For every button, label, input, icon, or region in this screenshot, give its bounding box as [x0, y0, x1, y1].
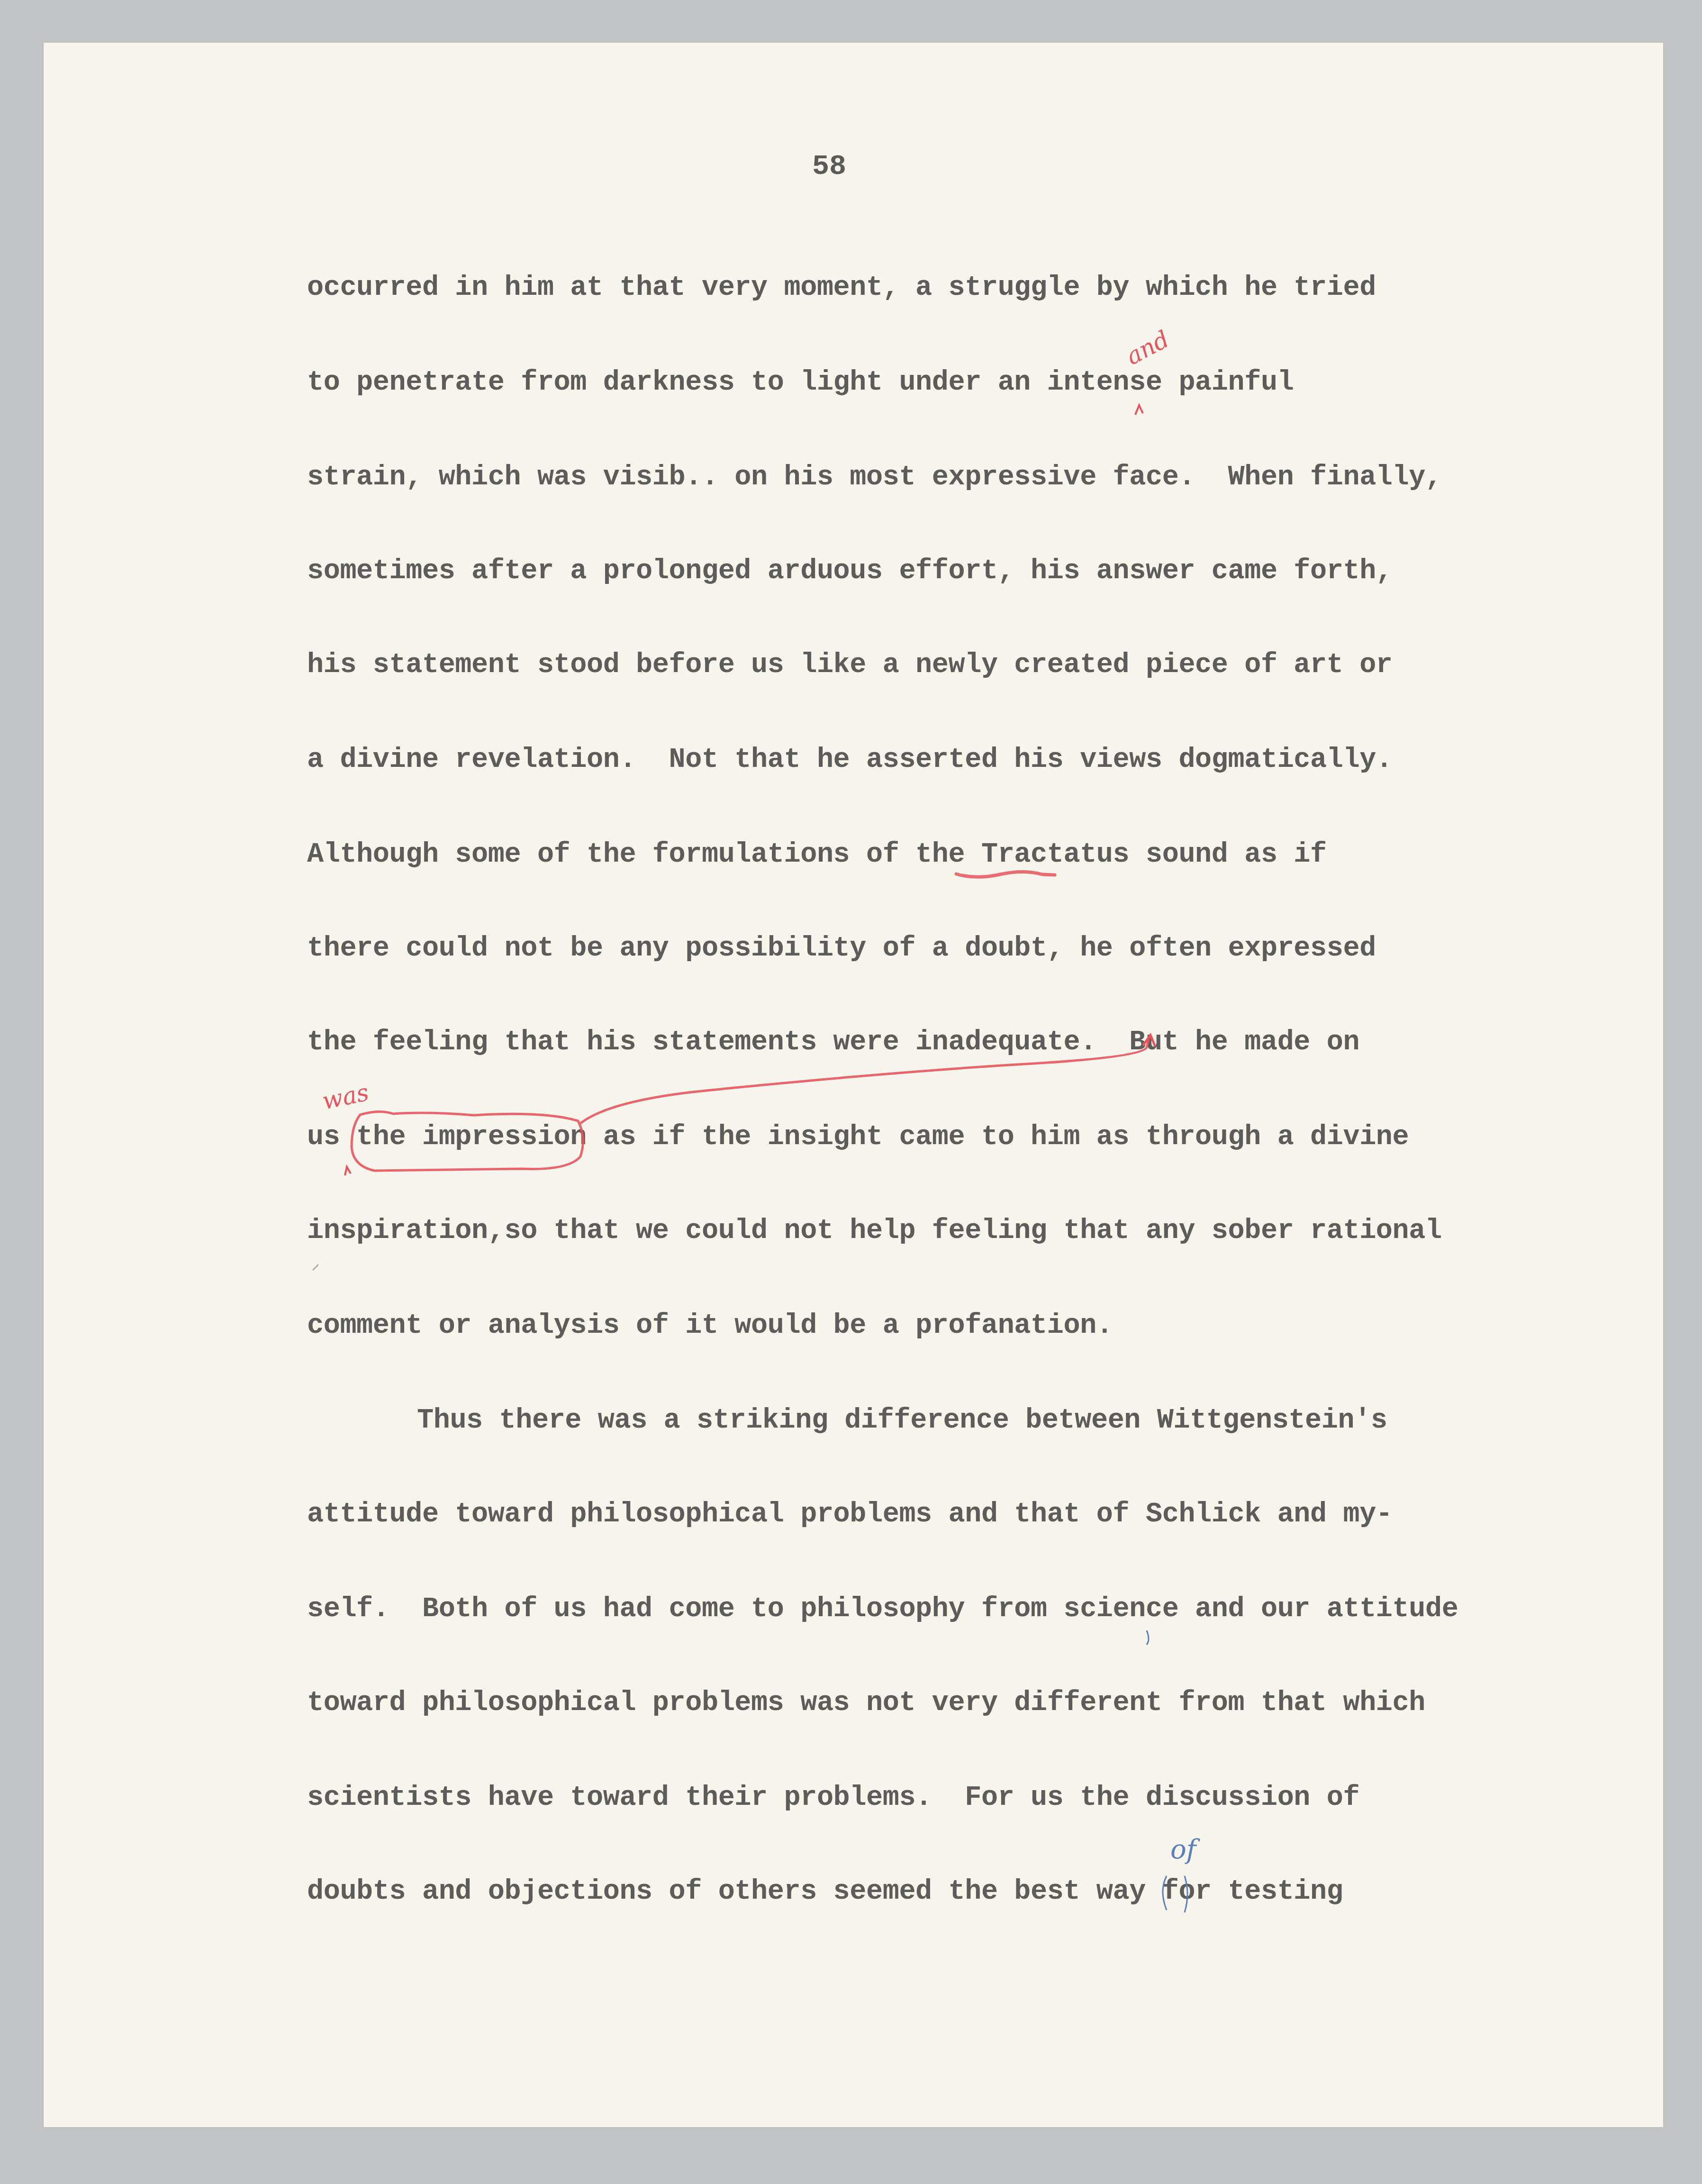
- text-line-1: occurred in him at that very moment, a s…: [307, 274, 1376, 302]
- text-line-16: toward philosophical problems was not ve…: [307, 1689, 1425, 1717]
- document-page: [44, 43, 1663, 2127]
- text-line-9: the feeling that his statements were ina…: [307, 1028, 1359, 1056]
- page-number: 58: [812, 151, 846, 183]
- text-line-6: a divine revelation. Not that he asserte…: [307, 746, 1393, 774]
- text-line-2: to penetrate from darkness to light unde…: [307, 369, 1294, 397]
- text-line-8: there could not be any possibility of a …: [307, 935, 1376, 963]
- text-line-11: inspiration,so that we could not help fe…: [307, 1217, 1442, 1245]
- text-line-18: doubts and objections of others seemed t…: [307, 1878, 1343, 1906]
- text-line-10: us the impression as if the insight came…: [307, 1123, 1409, 1151]
- text-line-14: attitude toward philosophical problems a…: [307, 1501, 1393, 1529]
- paragraph-start-line: Thus there was a striking difference bet…: [417, 1407, 1387, 1435]
- text-line-4: sometimes after a prolonged arduous effo…: [307, 557, 1393, 585]
- text-line-3: strain, which was visib.. on his most ex…: [307, 464, 1442, 491]
- text-line-15: self. Both of us had come to philosophy …: [307, 1595, 1458, 1623]
- text-line-7: Although some of the formulations of the…: [307, 841, 1327, 869]
- handwritten-replacement-of: of: [1170, 1834, 1196, 1865]
- text-line-17: scientists have toward their problems. F…: [307, 1784, 1359, 1812]
- text-line-12: comment or analysis of it would be a pro…: [307, 1312, 1113, 1340]
- text-line-5: his statement stood before us like a new…: [307, 651, 1393, 679]
